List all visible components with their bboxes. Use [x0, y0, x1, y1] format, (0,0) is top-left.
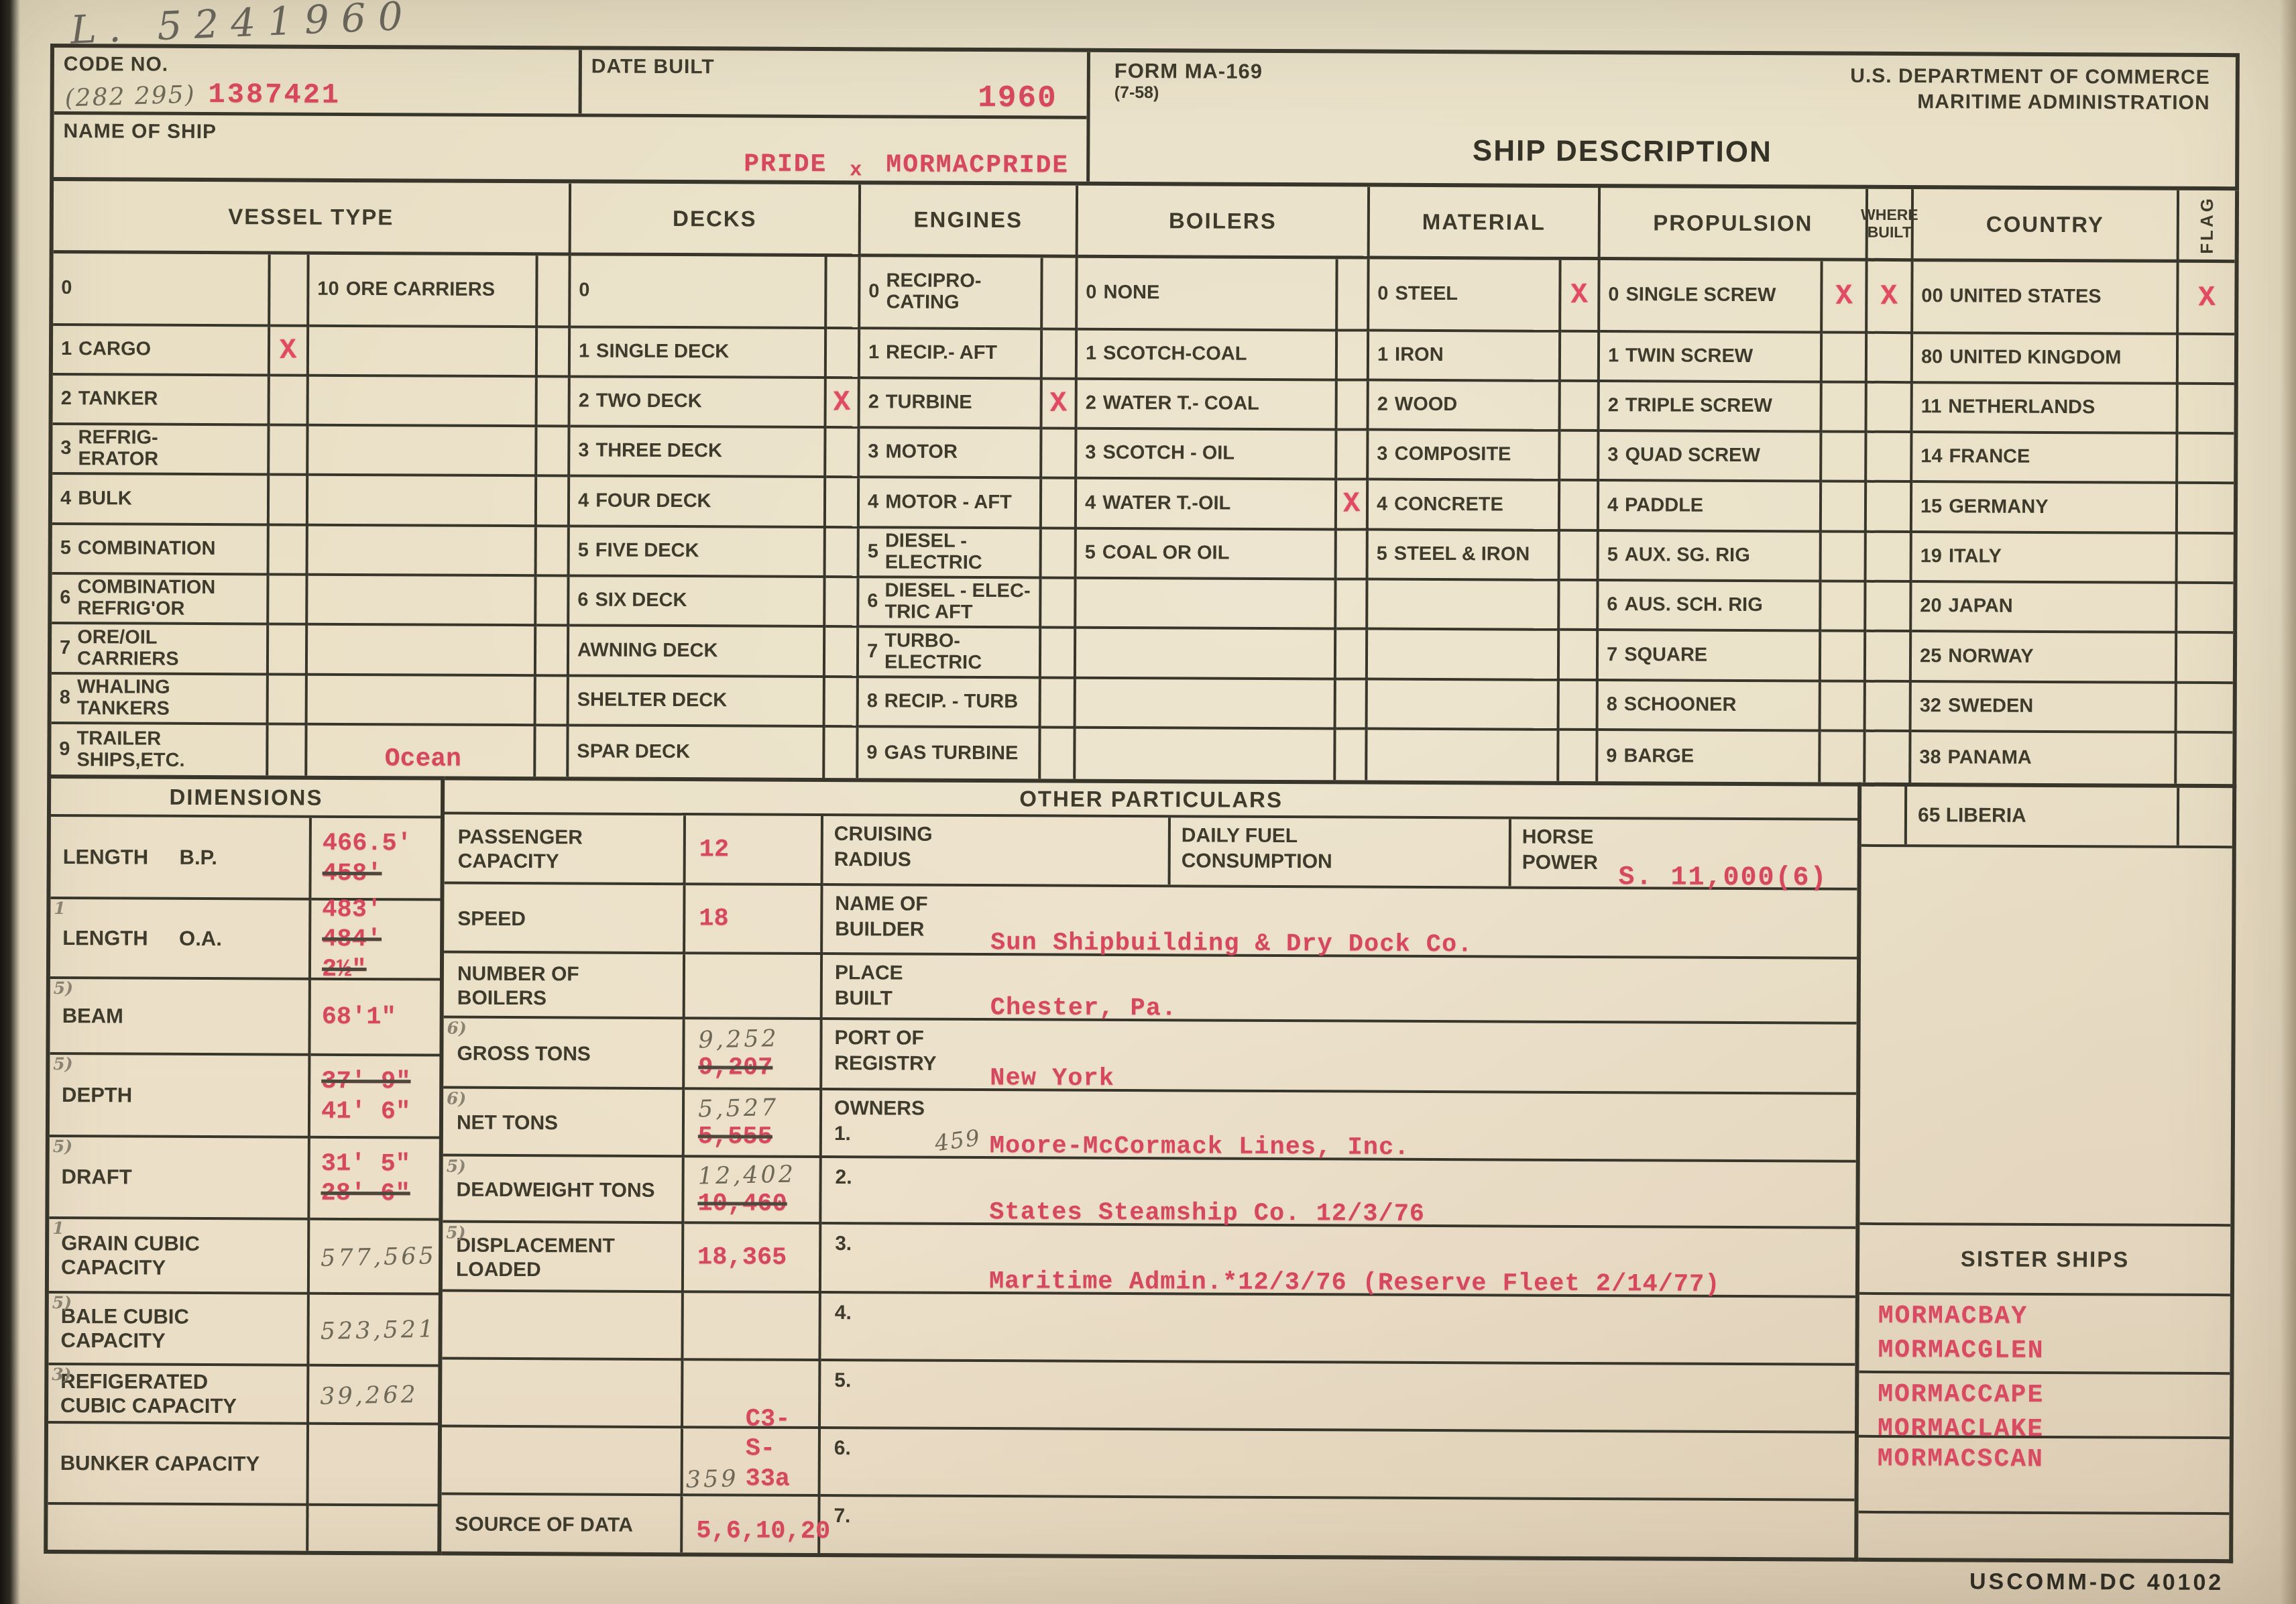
horse-power-box: HORSE POWERS. 11,000(6)	[1511, 819, 1857, 888]
dimension-value: 31' 5"28' 6"	[310, 1139, 439, 1221]
option-number: 4	[1085, 492, 1096, 514]
particular-label: NUMBER OF BOILERS	[444, 954, 685, 1020]
option-cell	[1367, 730, 1559, 781]
option-cell	[308, 576, 536, 626]
option-cell: 7ORE/OIL CARRIERS	[52, 624, 269, 675]
column-header-flag: FLAG	[2179, 190, 2235, 263]
mark-cell	[825, 578, 859, 628]
option-cell: 8WHALING TANKERS	[52, 675, 269, 725]
mark-cell	[1823, 334, 1868, 384]
option-label: SINGLE DECK	[596, 341, 729, 363]
x-mark: X	[2198, 282, 2216, 314]
option-number: 2	[1608, 395, 1619, 416]
option-cell: Ocean	[307, 726, 536, 777]
particular-label: 6)NET TONS	[443, 1089, 685, 1158]
mark-cell	[2177, 734, 2232, 784]
option-cell: 2WOOD	[1369, 382, 1560, 432]
sister-ship-name: MORMACGLEN	[1878, 1333, 2230, 1369]
ship-name-current: MORMACPRIDE	[886, 150, 1069, 180]
option-number: 2	[61, 388, 72, 410]
option-cell	[309, 377, 538, 427]
pencil-corner-note: 5)	[53, 1137, 72, 1157]
option-cell: 0STEEL	[1369, 260, 1561, 333]
column-header-engines: ENGINES	[861, 184, 1078, 257]
mark-cell	[825, 728, 858, 778]
option-label: SCHOONER	[1624, 694, 1737, 716]
mark-cell	[827, 257, 860, 329]
option-label: THREE DECK	[595, 441, 722, 463]
option-cell	[308, 426, 537, 477]
particular-label-text: DISPLACEMENT LOADED	[456, 1233, 615, 1282]
dimension-value: 39,262	[309, 1367, 439, 1426]
mark-cell	[1561, 333, 1600, 382]
option-number: 8	[867, 691, 878, 712]
dimensions-table: DIMENSIONS LENGTH B.P.466.5'458'1LENGTH …	[44, 775, 445, 1556]
option-number: 19	[1920, 546, 1942, 567]
agency-name: U.S. DEPARTMENT OF COMMERCE MARITIME ADM…	[1850, 64, 2210, 115]
option-number: 1	[579, 341, 589, 362]
option-label: RECIP.- AFT	[886, 342, 997, 364]
pencil-corner-note: 5)	[54, 979, 73, 998]
mark-cell	[2177, 584, 2233, 634]
option-cell	[1076, 579, 1336, 630]
option-label: REFRIG- ERATOR	[78, 427, 158, 470]
option-label: WATER T.- COAL	[1103, 393, 1259, 415]
option-cell: 7SQUARE	[1599, 631, 1821, 682]
header-right: FORM MA-169 (7-58) U.S. DEPARTMENT OF CO…	[1090, 52, 2236, 186]
form-number-line2: (7-58)	[1114, 83, 1263, 103]
option-label: NONE	[1103, 282, 1159, 304]
option-cell: 1SINGLE DECK	[571, 328, 827, 379]
option-cell: 6COMBINATION REFRIG'OR	[52, 575, 269, 625]
sister-ship-name: MORMACSCAN	[1878, 1442, 2230, 1478]
particular-label-text: DEADWEIGHT TONS	[456, 1178, 654, 1202]
option-cell: 5COMBINATION	[52, 525, 270, 575]
mark-cell	[826, 428, 860, 478]
mark-cell	[1043, 330, 1078, 380]
form-number: FORM MA-169 (7-58)	[1114, 59, 1263, 103]
option-label: SCOTCH - OIL	[1102, 443, 1235, 465]
mark-cell	[2178, 484, 2234, 534]
option-number: 4	[1377, 494, 1387, 515]
option-label: SQUARE	[1624, 644, 1707, 666]
dimension-label-text: REFIGERATED CUBIC CAPACITY	[60, 1369, 237, 1418]
option-number: 20	[1920, 595, 1941, 617]
column-header-boilers: BOILERS	[1078, 186, 1370, 260]
option-number: 1	[868, 342, 879, 363]
owner-number: 5.	[834, 1369, 851, 1392]
option-cell: 0RECIPRO- CATING	[860, 257, 1043, 330]
dimension-label: 5)DEPTH	[50, 1055, 311, 1139]
dimension-value	[308, 1506, 438, 1552]
option-cell: 4PADDLE	[1599, 481, 1822, 532]
mark-cell	[1042, 479, 1077, 529]
daily-fuel-box: DAILY FUEL CONSUMPTION	[1171, 817, 1511, 886]
option-cell: 2TWO DECK	[571, 378, 827, 428]
option-number: 4	[868, 492, 878, 513]
dimension-label-text: BUNKER CAPACITY	[60, 1451, 260, 1476]
name-of-ship-label: NAME OF SHIP	[63, 120, 217, 144]
option-label: SPAR DECK	[577, 741, 690, 763]
owner-number: 2.	[836, 1166, 852, 1189]
mark-cell	[1822, 433, 1867, 483]
other-particulars-table: OTHER PARTICULARS PASSENGER CAPACITY12CR…	[441, 777, 1861, 1562]
option-cell	[308, 676, 536, 726]
column-header-vessel-type: VESSEL TYPE	[54, 181, 571, 255]
mark-cell	[1867, 384, 1912, 433]
country-option-liberia: 65 LIBERIA	[1907, 787, 2179, 846]
option-number: 3	[868, 441, 878, 463]
option-cell: 3THREE DECK	[570, 427, 826, 478]
particular-label: SOURCE OF DATA	[441, 1495, 683, 1553]
option-number: 3	[60, 438, 71, 459]
option-cell: 2TANKER	[53, 376, 270, 426]
particular-right-cell: 6.	[821, 1429, 1855, 1501]
particular-label: SPEED	[444, 884, 685, 955]
option-label: WATER T.-OIL	[1102, 492, 1230, 514]
option-label: IRON	[1395, 345, 1444, 366]
mark-cell	[1866, 632, 1912, 683]
mark-cell	[1866, 583, 1912, 632]
mark-cell	[1560, 432, 1599, 481]
field-value: C3-S-33a	[745, 1404, 817, 1494]
pencil-corner-note: 3)	[52, 1365, 71, 1385]
option-label: TURBINE	[886, 392, 972, 413]
ship-name-value: PRIDE x MORMACPRIDE	[744, 150, 1069, 180]
option-cell: 0NONE	[1078, 258, 1338, 332]
option-cell: 0	[571, 255, 827, 329]
option-label: DIESEL - ELEC- TRIC AFT	[884, 581, 1030, 624]
dimension-label: BUNKER CAPACITY	[48, 1424, 309, 1506]
option-number: 1	[1608, 345, 1619, 367]
date-built-box: DATE BUILT 1960	[582, 50, 1087, 115]
x-mark: X	[1880, 281, 1898, 312]
dimension-label: 3)REFIGERATED CUBIC CAPACITY	[48, 1365, 309, 1425]
field-value: 359	[685, 1465, 739, 1494]
option-cell	[308, 526, 537, 577]
mark-cell	[1043, 257, 1078, 330]
option-label: TWIN SCREW	[1625, 345, 1753, 367]
option-cell	[309, 327, 538, 378]
date-built-value: 1960	[978, 80, 1057, 116]
option-number: 2	[868, 392, 879, 413]
dimension-label-text: DRAFT	[62, 1165, 132, 1189]
particular-label	[442, 1360, 683, 1429]
option-cell: 00UNITED STATES	[1913, 262, 2179, 335]
option-label: SCOTCH-COAL	[1103, 343, 1247, 365]
x-mark: X	[1049, 388, 1068, 419]
dimension-value: 68'1"	[310, 980, 440, 1057]
option-label: FOUR DECK	[595, 490, 711, 512]
dimension-label: 5)BALE CUBIC CAPACITY	[48, 1294, 309, 1367]
dimension-value: 483'484' 2½"	[311, 901, 441, 981]
right-field-label: PORT OF REGISTRY	[834, 1025, 937, 1076]
option-label: WOOD	[1395, 394, 1458, 416]
particular-right-cell: PORT OF REGISTRYNew York	[822, 1020, 1856, 1095]
option-label: SIX DECK	[595, 590, 687, 612]
option-label: RECIP. - TURB	[884, 691, 1018, 713]
option-number: 4	[60, 488, 71, 510]
particular-value: 5,5275,555	[685, 1090, 822, 1158]
code-no-value: 1387421	[209, 78, 341, 111]
option-cell: 9TRAILER SHIPS,ETC.	[51, 724, 268, 775]
particular-right-cell: 4.	[821, 1294, 1855, 1366]
mark-cell	[270, 475, 308, 526]
country-liberia-row: 65 LIBERIA	[1861, 787, 2232, 848]
particular-right-cell: OWNERS 1.459Moore-McCormack Lines, Inc.	[822, 1090, 1856, 1163]
option-number: 10	[317, 279, 339, 300]
option-cell: 3QUAD SCREW	[1599, 432, 1822, 482]
pencil-corner-note: 5)	[447, 1157, 466, 1177]
option-number: 4	[1607, 495, 1618, 516]
particular-right-cell: 7.	[820, 1497, 1854, 1558]
option-number: 5	[578, 540, 589, 561]
date-built-label: DATE BUILT	[591, 56, 715, 79]
option-cell: 0	[53, 253, 270, 327]
sister-ship-name: MORMACBAY	[1878, 1299, 2230, 1335]
option-cell: 6SIX DECK	[569, 577, 825, 628]
dimension-value: 466.5'458'	[311, 818, 441, 901]
option-cell: 5STEEL & IRON	[1369, 531, 1560, 581]
column-header-country: COUNTRY	[1914, 189, 2179, 263]
option-number: 8	[1607, 694, 1617, 715]
field-value: 41' 6"	[321, 1096, 437, 1127]
option-cell: 80UNITED KINGDOM	[1913, 334, 2179, 385]
dimension-label: LENGTH B.P.	[50, 817, 312, 901]
dimensions-title: DIMENSIONS	[51, 779, 441, 819]
option-number: 7	[867, 641, 878, 663]
pencil-corner-note: 5)	[446, 1223, 465, 1243]
option-label: SINGLE SCREW	[1625, 284, 1776, 306]
option-label: TRAILER SHIPS,ETC.	[76, 728, 184, 771]
option-cell: 3REFRIG- ERATOR	[52, 425, 270, 475]
particular-value	[683, 1293, 821, 1361]
mark-cell	[1041, 728, 1076, 779]
owners-label: OWNERS 1.	[834, 1096, 925, 1147]
option-number: 3	[1085, 443, 1096, 464]
mark-cell	[270, 526, 308, 575]
scan-edge-left	[0, 0, 20, 1604]
option-cell: 5DIESEL - ELECTRIC	[860, 528, 1042, 579]
agency-line1: U.S. DEPARTMENT OF COMMERCE	[1850, 64, 2210, 91]
option-cell: 9BARGE	[1598, 731, 1821, 782]
option-number: 5	[868, 541, 878, 563]
field-value: 37' 9"	[321, 1067, 437, 1097]
option-cell: 5COAL OR OIL	[1077, 530, 1337, 581]
ship-description-form: CODE NO. (282 295) 1387421 DATE BUILT 19…	[44, 44, 2240, 1563]
option-number: 9	[59, 739, 70, 760]
option-number: 38	[1919, 747, 1941, 768]
option-cell	[1368, 681, 1560, 731]
mark-cell	[1042, 529, 1077, 579]
option-cell: 32SWEDEN	[1912, 683, 2177, 734]
particular-value: 359C3-S-33a	[683, 1428, 821, 1497]
option-label: CARGO	[78, 339, 151, 360]
option-cell: 6AUS. SCH. RIG	[1599, 581, 1821, 632]
option-cell	[308, 476, 537, 527]
particular-right-cell: PLACE BUILTChester, Pa.	[823, 955, 1857, 1025]
option-cell: 20JAPAN	[1912, 583, 2177, 634]
option-cell: 1RECIP.- AFT	[860, 329, 1043, 380]
x-mark: X	[280, 335, 298, 366]
dimension-label-text: BEAM	[62, 1004, 123, 1028]
code-no-label: CODE NO.	[64, 53, 169, 76]
option-cell: 14FRANCE	[1912, 433, 2178, 484]
option-cell: 38PANAMA	[1911, 732, 2177, 784]
dimension-label	[48, 1505, 308, 1551]
option-cell: 4MOTOR - AFT	[860, 478, 1042, 529]
pencil-corner-note: 6)	[447, 1089, 466, 1109]
pencil-corner-note: 5)	[53, 1055, 72, 1074]
mark-cell	[1336, 680, 1368, 730]
option-label: PADDLE	[1625, 495, 1703, 516]
option-label: DIESEL - ELECTRIC	[885, 531, 982, 574]
field-value: 18,365	[697, 1243, 817, 1273]
option-label: PANAMA	[1948, 747, 2032, 768]
option-cell: 25NORWAY	[1912, 632, 2177, 684]
option-label: COAL OR OIL	[1102, 542, 1230, 565]
field-value: 68'1"	[322, 1002, 438, 1033]
option-label: TRIPLE SCREW	[1625, 395, 1772, 417]
liberia-mark-cell	[2179, 788, 2232, 846]
right-field-label: PLACE BUILT	[835, 960, 903, 1011]
option-cell: 3SCOTCH - OIL	[1077, 430, 1337, 481]
mark-cell	[537, 427, 570, 477]
option-cell	[1076, 629, 1336, 681]
mark-cell	[1867, 533, 1912, 583]
dimension-label-text: LENGTH O.A.	[62, 926, 222, 951]
option-label: CONCRETE	[1394, 494, 1503, 516]
option-number: 5	[1085, 542, 1096, 564]
option-cell: 1CARGO	[53, 326, 270, 376]
option-label: 0	[579, 280, 589, 301]
mark-cell	[1560, 481, 1599, 532]
form-title: SHIP DESCRIPTION	[1090, 133, 2155, 171]
option-cell: 5AUX. SG. RIG	[1599, 532, 1822, 582]
column-header-decks: DECKS	[571, 183, 861, 257]
option-label: UNITED STATES	[1950, 286, 2102, 308]
field-value: 458'	[323, 858, 439, 889]
option-label: JAPAN	[1949, 595, 2013, 617]
mark-cell	[1560, 631, 1599, 681]
dimension-label-text: LENGTH B.P.	[63, 845, 217, 870]
mark-cell	[1560, 382, 1599, 432]
mark-cell	[270, 376, 309, 426]
sister-ships-title: SISTER SHIPS	[1859, 1225, 2230, 1296]
particular-label-text: PASSENGER CAPACITY	[458, 825, 583, 874]
option-number: 3	[1607, 445, 1618, 466]
owner-value: States Steamship Co. 12/3/76	[989, 1198, 1425, 1228]
owner-value: Moore-McCormack Lines, Inc.	[990, 1132, 1410, 1162]
option-cell: 7TURBO- ELECTRIC	[859, 628, 1041, 679]
dimension-label: 1LENGTH O.A.	[50, 899, 312, 980]
mark-cell	[269, 675, 308, 725]
option-label: AUX. SG. RIG	[1625, 545, 1750, 567]
mark-cell: X	[1561, 260, 1600, 333]
option-label: GERMANY	[1949, 496, 2048, 518]
option-label: STEEL	[1395, 284, 1458, 305]
option-cell: 3MOTOR	[860, 428, 1042, 479]
mark-cell	[1041, 628, 1076, 679]
field-value: 12,402	[697, 1160, 818, 1191]
option-label: COMBINATION REFRIG'OR	[77, 577, 215, 620]
print-office-stamp: USCOMM-DC 40102	[1969, 1569, 2224, 1597]
code-no-box: CODE NO. (282 295) 1387421	[54, 48, 582, 113]
field-value: 5,555	[698, 1123, 818, 1153]
option-number: 14	[1920, 446, 1942, 467]
option-label: 0	[61, 278, 72, 299]
option-cell: 1SCOTCH-COAL	[1078, 331, 1338, 382]
mark-cell: X	[1868, 262, 1913, 334]
mark-cell	[1868, 334, 1913, 384]
option-label: AWNING DECK	[577, 640, 718, 662]
particular-value: 12,40210,460	[684, 1157, 821, 1224]
sister-ships-row: MORMACBAYMORMACGLEN	[1859, 1295, 2230, 1375]
option-number: 80	[1921, 347, 1943, 368]
option-cell: 8SCHOONER	[1599, 681, 1821, 732]
mark-cell	[2178, 385, 2234, 435]
option-cell: 3COMPOSITE	[1369, 431, 1560, 481]
option-label: ORE CARRIERS	[346, 279, 495, 301]
dimension-label-text: BALE CUBIC CAPACITY	[60, 1304, 188, 1353]
field-value: 31' 5"	[321, 1149, 437, 1179]
particular-label-text: SPEED	[457, 907, 526, 931]
option-number: 5	[1607, 545, 1618, 566]
option-label: FIVE DECK	[595, 540, 699, 563]
mark-cell	[1336, 730, 1367, 780]
option-label: SWEDEN	[1948, 695, 2033, 717]
option-label: MOTOR - AFT	[885, 492, 1012, 514]
agency-line2: MARITIME ADMINISTRATION	[1850, 89, 2210, 115]
field-value: 466.5'	[323, 829, 439, 859]
option-number: 1	[1086, 343, 1096, 365]
mark-cell	[825, 628, 859, 678]
mark-cell	[537, 477, 570, 527]
mark-cell	[1338, 259, 1369, 331]
owner-pencil-note: 459	[933, 1124, 983, 1156]
mark-cell	[536, 626, 569, 677]
option-cell: 2TURBINE	[860, 379, 1043, 429]
option-cell: 1TWIN SCREW	[1600, 333, 1823, 383]
owner-number: 7.	[834, 1505, 850, 1528]
cruising-radius-box: CRUISING RADIUS	[823, 816, 1171, 884]
option-number: 7	[1607, 644, 1617, 666]
mark-cell	[1337, 530, 1369, 580]
option-number: 3	[578, 440, 589, 461]
option-label: GAS TURBINE	[884, 742, 1018, 764]
sister-ships-row	[1858, 1513, 2229, 1559]
option-number: 9	[866, 742, 877, 764]
option-number: 6	[1607, 594, 1617, 616]
code-no-pencil-note: (282 295)	[64, 81, 196, 113]
option-number: 0	[868, 281, 879, 302]
scan-edge-right	[2280, 0, 2296, 1604]
mark-cell	[1821, 632, 1866, 683]
field-value: 523,521	[320, 1315, 437, 1346]
option-number: 5	[1377, 544, 1387, 565]
option-cell: SPAR DECK	[569, 726, 825, 778]
option-cell: AWNING DECK	[569, 626, 825, 678]
option-number: 3	[1377, 444, 1387, 465]
mark-cell	[1560, 532, 1599, 581]
particular-right-cell: 2.States Steamship Co. 12/3/76	[821, 1158, 1855, 1229]
mark-cell	[1336, 580, 1368, 630]
liberia-spacer-cell	[1861, 787, 1907, 844]
particular-right-cell: NAME OF BUILDERSun Shipbuilding & Dry Do…	[823, 886, 1857, 960]
particular-label-text: NET TONS	[457, 1110, 558, 1135]
right-field-value: New York	[990, 1064, 1114, 1093]
option-label: COMBINATION	[78, 538, 216, 560]
